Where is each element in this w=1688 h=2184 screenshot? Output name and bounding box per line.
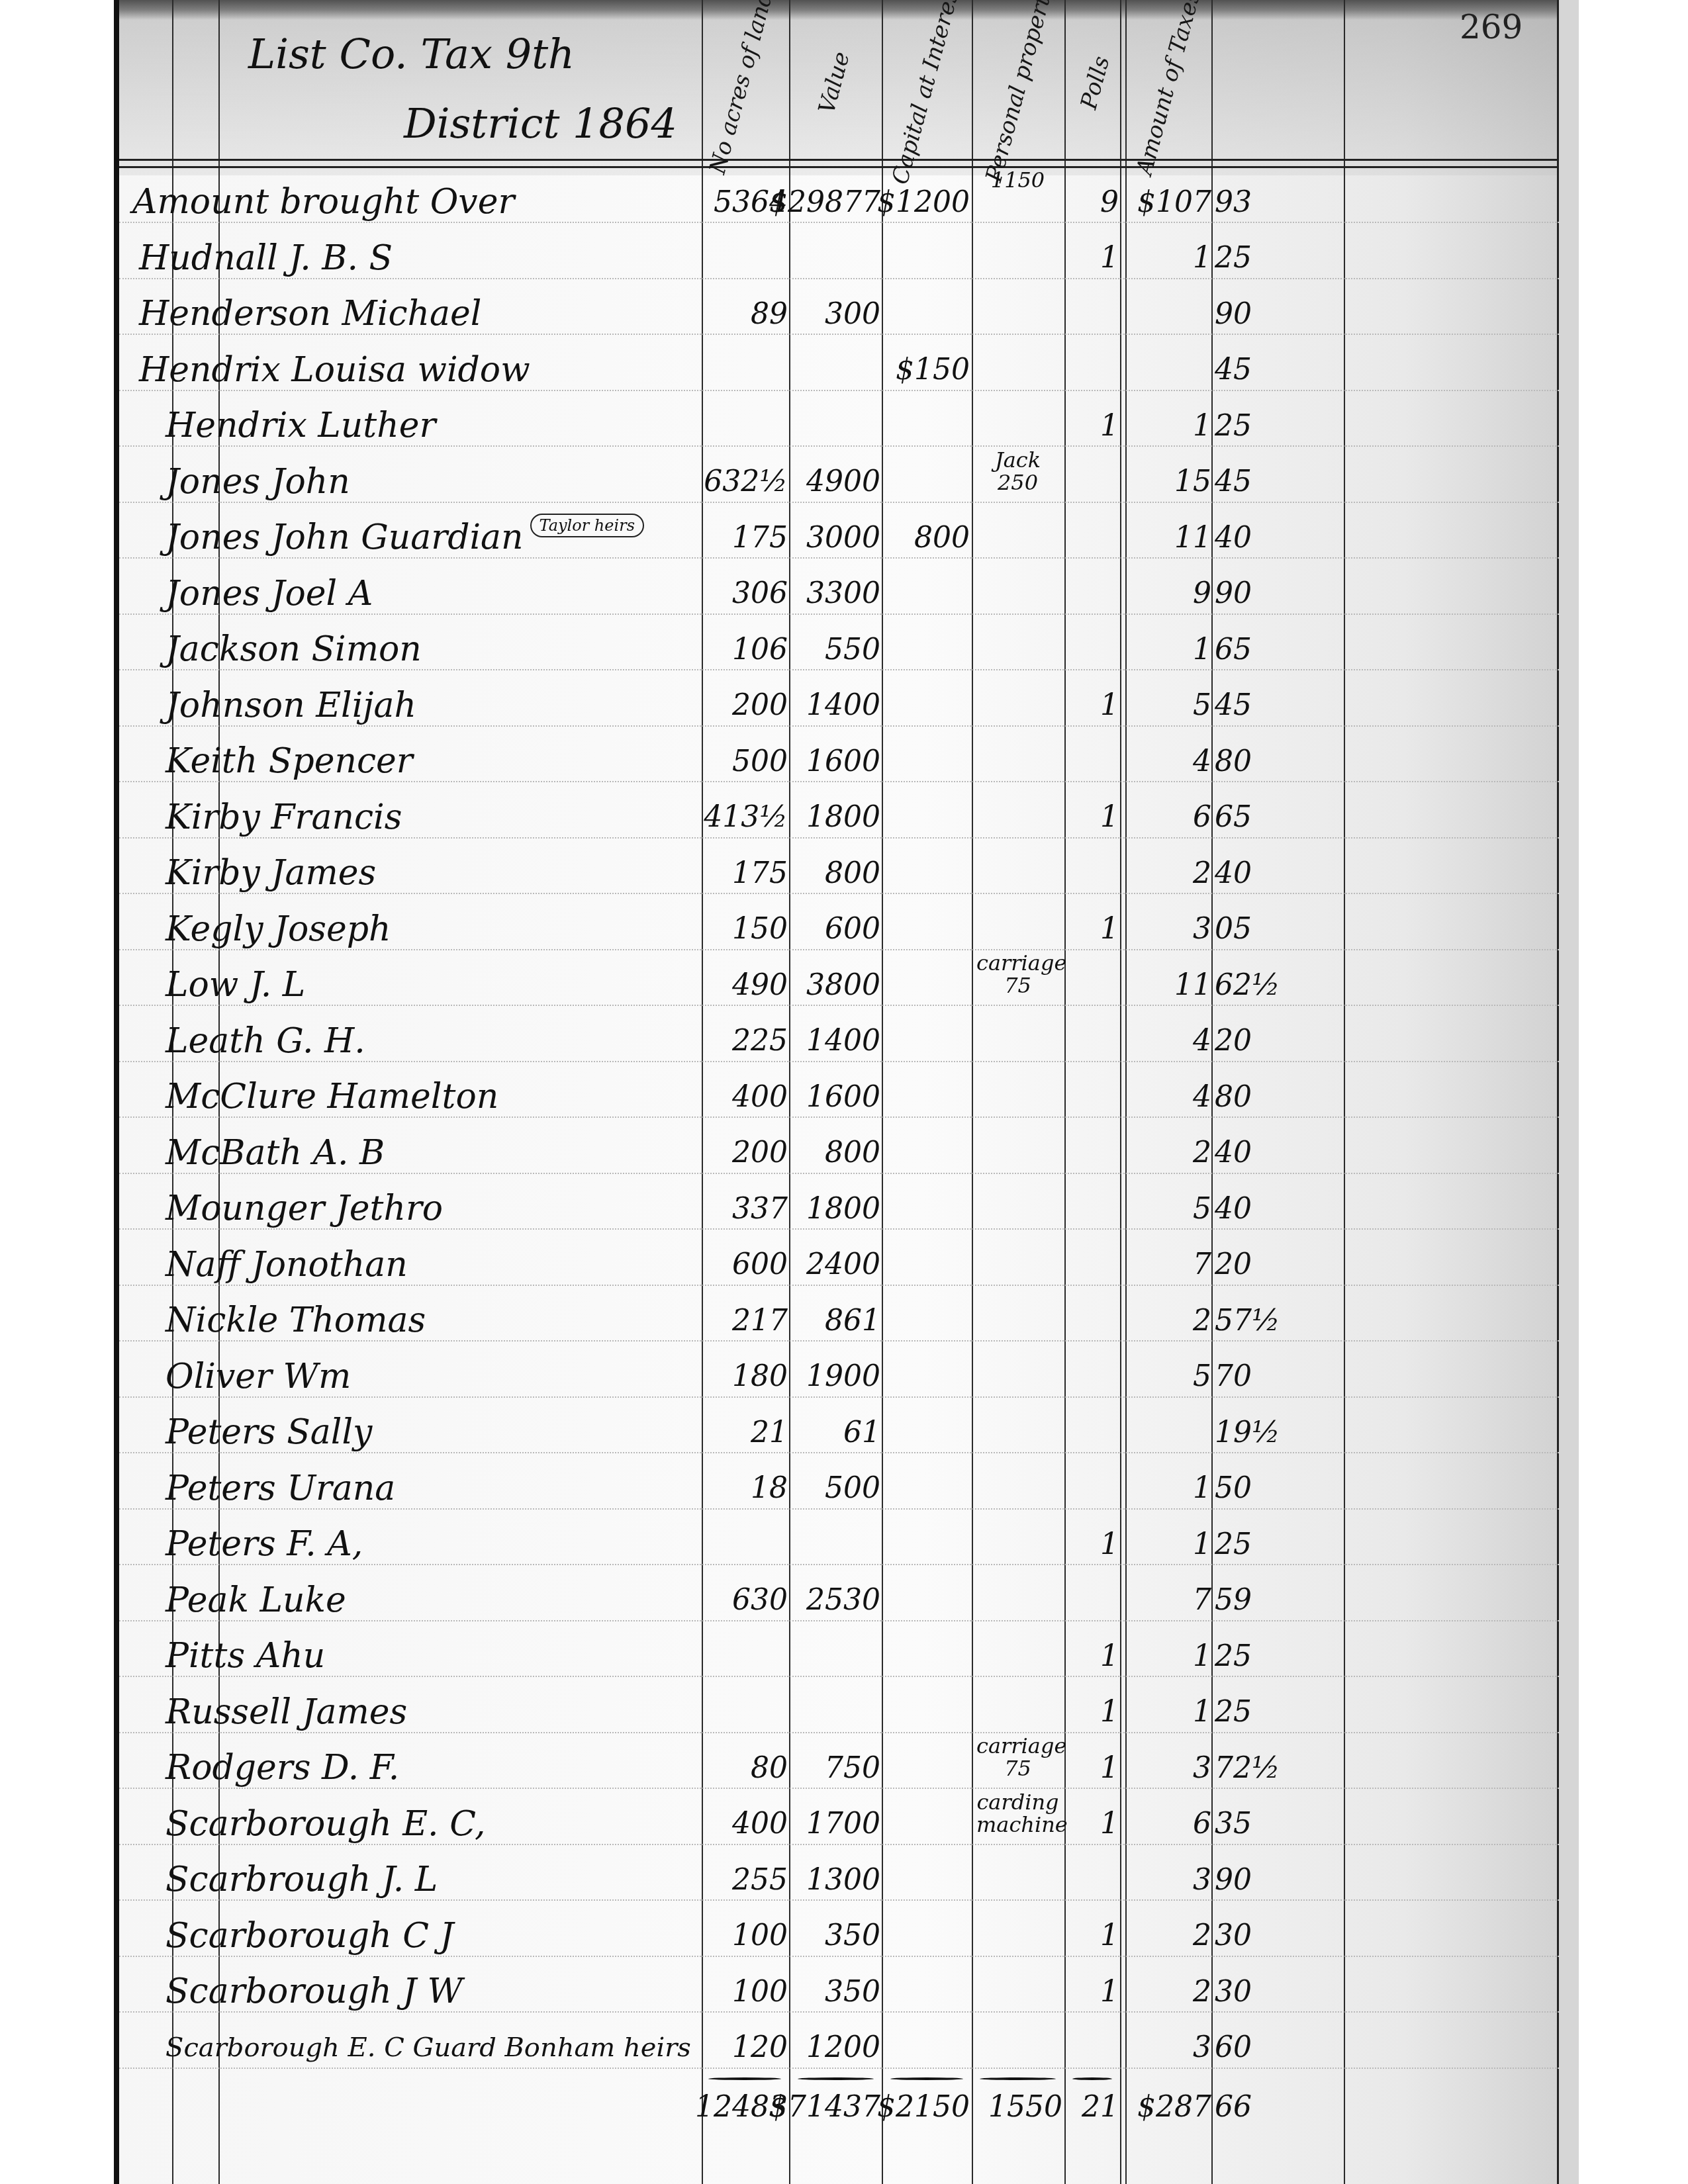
cell-tax-cents: 90 — [1215, 287, 1311, 340]
ledger-row: Johnson Elijah20014001545 — [119, 679, 1559, 732]
ledger-row: Oliver Wm1801900570 — [119, 1350, 1559, 1403]
total-personal: 1550 — [973, 2080, 1062, 2133]
cell-acres: 100 — [702, 1965, 788, 2018]
cell-acres: 80 — [702, 1741, 788, 1794]
cell-value: 861 — [791, 1294, 880, 1347]
taxpayer-name-text: Oliver Wm — [165, 1357, 351, 1396]
taxpayer-name: Peters Urana — [165, 1462, 395, 1515]
taxpayer-name: Scarborough C J — [165, 1909, 453, 1962]
cell-tax-cents: 45 — [1215, 343, 1311, 396]
cell-tax-dollars: 7 — [1125, 1238, 1211, 1291]
ledger-page: List Co. Tax 9th District 1864 269 No ac… — [114, 0, 1579, 2184]
cell-value: 2530 — [791, 1574, 880, 1627]
cell-tax-dollars: 1 — [1125, 623, 1211, 676]
cell-tax-dollars: 1 — [1125, 1686, 1211, 1739]
ledger-row: Scarborough J W1003501230 — [119, 1965, 1559, 2018]
personal-property-note: carriage 75 — [976, 952, 1059, 997]
cell-tax-cents: 90 — [1215, 567, 1311, 620]
ledger-row: Jones John632½4900Jack 2501545 — [119, 455, 1559, 508]
cell-acres: 200 — [702, 1126, 788, 1179]
cell-tax-cents: 45 — [1215, 679, 1311, 732]
taxpayer-name: Scarbrough J. L — [165, 1853, 438, 1906]
ledger-row: Pitts Ahu1125 — [119, 1629, 1559, 1682]
taxpayer-name: Scarborough E. C Guard Bonham heirs — [165, 2021, 691, 2074]
ledger-row: Peters F. A,1125 — [119, 1518, 1559, 1570]
cell-value: 2400 — [791, 1238, 880, 1291]
ledger-row: Scarborough E. C Guard Bonham heirs12012… — [119, 2021, 1559, 2074]
taxpayer-name: Jones John GuardianTaylor heirs — [165, 511, 644, 564]
cell-tax-dollars: 2 — [1125, 1909, 1211, 1962]
cell-tax-cents: 59 — [1215, 1574, 1311, 1627]
cell-tax-cents: 30 — [1215, 1909, 1311, 1962]
personal-property-note: carriage 75 — [976, 1735, 1059, 1780]
column-header-label: Polls — [1077, 54, 1114, 112]
ledger-row: Nickle Thomas217861257½ — [119, 1294, 1559, 1347]
cell-value: 1600 — [791, 735, 880, 788]
taxpayer-name: Johnson Elijah — [165, 679, 416, 732]
cell-tax-dollars: 4 — [1125, 735, 1211, 788]
total-polls: 21 — [1066, 2080, 1119, 2133]
ledger-row: Peak Luke6302530759 — [119, 1574, 1559, 1627]
ledger-row: Hendrix Luther1125 — [119, 399, 1559, 452]
cell-tax-cents: 25 — [1215, 1518, 1311, 1570]
cell-polls: 1 — [1066, 232, 1119, 285]
cell-tax-dollars: 4 — [1125, 1070, 1211, 1123]
cell-value: 1400 — [791, 1015, 880, 1068]
cell-value: 3300 — [791, 567, 880, 620]
cell-tax-dollars: 3 — [1125, 2021, 1211, 2074]
taxpayer-name-text: Hudnall J. B. S — [139, 238, 393, 278]
taxpayer-name-text: McBath A. B — [165, 1133, 385, 1173]
ledger-row: Amount brought Over5364$29877$120011509$… — [119, 175, 1559, 228]
cell-tax-cents: 60 — [1215, 2021, 1311, 2074]
column-header-acres: No acres of land — [718, 13, 765, 152]
taxpayer-name-text: Scarborough J W — [165, 1972, 463, 2011]
cell-acres: 632½ — [702, 455, 788, 508]
taxpayer-name-text: Jones John Guardian — [165, 518, 524, 557]
cell-polls: 1 — [1066, 1518, 1119, 1570]
taxpayer-name: Rodgers D. F. — [165, 1741, 399, 1794]
header-divider — [119, 159, 1559, 168]
cell-tax-cents: 25 — [1215, 1686, 1311, 1739]
cell-acres: 200 — [702, 679, 788, 732]
cell-tax-cents: 25 — [1215, 1629, 1311, 1682]
ledger-row: Scarborough C J1003501230 — [119, 1909, 1559, 1962]
taxpayer-name: McClure Hamelton — [165, 1070, 498, 1123]
ledger-row: Hudnall J. B. S1125 — [119, 232, 1559, 285]
cell-acres: 120 — [702, 2021, 788, 2074]
cell-acres: 180 — [702, 1350, 788, 1403]
cell-tax-dollars: $107 — [1125, 175, 1211, 228]
column-header-label: Value — [814, 50, 853, 116]
cell-tax-dollars: 2 — [1125, 1965, 1211, 2018]
taxpayer-name: Kegly Joseph — [165, 903, 391, 956]
ledger-row: McBath A. B200800240 — [119, 1126, 1559, 1179]
taxpayer-name-text: Hendrix Louisa widow — [139, 350, 530, 390]
cell-tax-dollars: 15 — [1125, 455, 1211, 508]
cell-capital: $1200 — [884, 175, 970, 228]
cell-acres: 255 — [702, 1853, 788, 1906]
cell-acres: 306 — [702, 567, 788, 620]
cell-tax-dollars: 2 — [1125, 846, 1211, 899]
cell-polls: 1 — [1066, 1909, 1119, 1962]
ledger-row: Peters Urana18500150 — [119, 1462, 1559, 1515]
cell-tax-cents: 90 — [1215, 1853, 1311, 1906]
cell-tax-cents: 19½ — [1215, 1406, 1311, 1459]
ledger-row: Naff Jonothan6002400720 — [119, 1238, 1559, 1291]
cell-acres: 400 — [702, 1070, 788, 1123]
ledger-row: Scarborough E. C,4001700carding machine1… — [119, 1797, 1559, 1850]
cell-tax-cents: 45 — [1215, 455, 1311, 508]
cell-tax-cents: 40 — [1215, 1182, 1311, 1235]
total-tax-cents: 66 — [1215, 2080, 1311, 2133]
taxpayer-name-text: Keith Spencer — [165, 741, 413, 781]
ledger-row: Kegly Joseph1506001305 — [119, 903, 1559, 956]
cell-acres: 217 — [702, 1294, 788, 1347]
circled-annotation: Taylor heirs — [530, 514, 644, 537]
cell-tax-dollars: 9 — [1125, 567, 1211, 620]
cell-value: 1900 — [791, 1350, 880, 1403]
ledger-row: Low J. L4903800carriage 751162½ — [119, 958, 1559, 1011]
ledger-row: McClure Hamelton4001600480 — [119, 1070, 1559, 1123]
taxpayer-name-text: Naff Jonothan — [165, 1245, 408, 1285]
taxpayer-name: Jones Joel A — [165, 567, 373, 620]
cell-tax-cents: 62½ — [1215, 958, 1311, 1011]
cell-tax-dollars: 6 — [1125, 1797, 1211, 1850]
cell-value: 800 — [791, 1126, 880, 1179]
taxpayer-name-text: Jackson Simon — [165, 629, 422, 669]
taxpayer-name-text: Peters Urana — [165, 1469, 395, 1508]
taxpayer-name: Henderson Michael — [139, 287, 481, 340]
cell-tax-dollars: 1 — [1125, 1518, 1211, 1570]
cell-acres: 106 — [702, 623, 788, 676]
cell-value: $29877 — [791, 175, 880, 228]
cell-value: 500 — [791, 1462, 880, 1515]
taxpayer-name-text: Scarborough E. C Guard Bonham heirs — [165, 2032, 691, 2063]
ledger-row: Hendrix Louisa widow$15045 — [119, 343, 1559, 396]
cell-tax-cents: 35 — [1215, 1797, 1311, 1850]
taxpayer-name-text: Hendrix Luther — [165, 406, 436, 445]
cell-tax-cents: 65 — [1215, 791, 1311, 844]
taxpayer-name: Peak Luke — [165, 1574, 346, 1627]
taxpayer-name-text: Scarborough E. C, — [165, 1804, 486, 1844]
cell-tax-cents: 40 — [1215, 1126, 1311, 1179]
personal-property-note: 1150 — [976, 169, 1059, 191]
taxpayer-name-text: Jones John — [165, 462, 350, 502]
taxpayer-name-text: Jones Joel A — [165, 574, 373, 614]
cell-tax-cents: 65 — [1215, 623, 1311, 676]
cell-tax-dollars: 5 — [1125, 1350, 1211, 1403]
taxpayer-name: Nickle Thomas — [165, 1294, 426, 1347]
cell-value: 1400 — [791, 679, 880, 732]
cell-acres: 100 — [702, 1909, 788, 1962]
taxpayer-name: Hendrix Luther — [165, 399, 436, 452]
cell-value: 3800 — [791, 958, 880, 1011]
cell-acres: 630 — [702, 1574, 788, 1627]
cell-acres: 175 — [702, 846, 788, 899]
column-header-polls: Polls — [1072, 13, 1119, 152]
personal-property-note: Jack 250 — [976, 449, 1059, 494]
taxpayer-name: Naff Jonothan — [165, 1238, 408, 1291]
cell-tax-dollars: 3 — [1125, 1853, 1211, 1906]
cell-acres: 490 — [702, 958, 788, 1011]
cell-value: 300 — [791, 287, 880, 340]
column-header-personal: Personal property — [996, 13, 1043, 152]
taxpayer-name-text: Low J. L — [165, 965, 305, 1005]
cell-value: 750 — [791, 1741, 880, 1794]
taxpayer-name-text: Leath G. H. — [165, 1021, 365, 1061]
page-number: 269 — [1460, 8, 1523, 46]
taxpayer-name: Keith Spencer — [165, 735, 413, 788]
taxpayer-name: Jones John — [165, 455, 350, 508]
cell-tax-cents: 30 — [1215, 1965, 1311, 2018]
taxpayer-name-text: Nickle Thomas — [165, 1300, 426, 1340]
ledger-row: Keith Spencer5001600480 — [119, 735, 1559, 788]
taxpayer-name-text: Johnson Elijah — [165, 686, 416, 725]
cell-acres: 500 — [702, 735, 788, 788]
cell-tax-dollars: 4 — [1125, 1015, 1211, 1068]
ledger-row: Jones Joel A3063300990 — [119, 567, 1559, 620]
taxpayer-name: Pitts Ahu — [165, 1629, 325, 1682]
cell-value: 1300 — [791, 1853, 880, 1906]
cell-tax-dollars: 3 — [1125, 1741, 1211, 1794]
cell-acres: 21 — [702, 1406, 788, 1459]
taxpayer-name-text: Russell James — [165, 1692, 407, 1732]
taxpayer-name: Mounger Jethro — [165, 1182, 443, 1235]
cell-value: 1600 — [791, 1070, 880, 1123]
cell-tax-dollars: 5 — [1125, 1182, 1211, 1235]
cell-tax-cents: 20 — [1215, 1238, 1311, 1291]
cell-value: 1800 — [791, 791, 880, 844]
cell-value: 61 — [791, 1406, 880, 1459]
taxpayer-name-text: McClure Hamelton — [165, 1077, 498, 1116]
ledger-row: Jones John GuardianTaylor heirs175300080… — [119, 511, 1559, 564]
taxpayer-name: Scarborough E. C, — [165, 1797, 486, 1850]
cell-tax-dollars: 2 — [1125, 1294, 1211, 1347]
cell-acres: 413½ — [702, 791, 788, 844]
cell-acres: 150 — [702, 903, 788, 956]
taxpayer-name-text: Rodgers D. F. — [165, 1748, 399, 1788]
cell-tax-dollars: 3 — [1125, 903, 1211, 956]
cell-acres: 337 — [702, 1182, 788, 1235]
taxpayer-name-text: Mounger Jethro — [165, 1189, 443, 1228]
taxpayer-name: Leath G. H. — [165, 1015, 365, 1068]
taxpayer-name-text: Peters F. A, — [165, 1524, 363, 1564]
cell-capital: 800 — [884, 511, 970, 564]
cell-capital: $150 — [884, 343, 970, 396]
cell-tax-dollars: 11 — [1125, 511, 1211, 564]
cell-value: 350 — [791, 1909, 880, 1962]
taxpayer-name: Hendrix Louisa widow — [139, 343, 530, 396]
taxpayer-name: Russell James — [165, 1686, 407, 1739]
cell-value: 1800 — [791, 1182, 880, 1235]
cell-tax-cents: 25 — [1215, 232, 1311, 285]
ledger-row: Mounger Jethro3371800540 — [119, 1182, 1559, 1235]
ledger-row: Kirby James175800240 — [119, 846, 1559, 899]
ledger-row: Peters Sally216119½ — [119, 1406, 1559, 1459]
total-value: $71437 — [791, 2080, 880, 2133]
taxpayer-name-text: Kirby James — [165, 853, 376, 893]
ledger-row: Leath G. H.2251400420 — [119, 1015, 1559, 1068]
cell-acres: 600 — [702, 1238, 788, 1291]
cell-value: 1700 — [791, 1797, 880, 1850]
ledger-row: Jackson Simon106550165 — [119, 623, 1559, 676]
cell-value: 800 — [791, 846, 880, 899]
taxpayer-name: Scarborough J W — [165, 1965, 463, 2018]
cell-tax-cents: 05 — [1215, 903, 1311, 956]
taxpayer-name: Jackson Simon — [165, 623, 422, 676]
ledger-row: Kirby Francis413½18001665 — [119, 791, 1559, 844]
cell-tax-cents: 80 — [1215, 735, 1311, 788]
ledger-row: Scarbrough J. L2551300390 — [119, 1853, 1559, 1906]
taxpayer-name-text: Scarborough C J — [165, 1916, 453, 1956]
cell-value: 3000 — [791, 511, 880, 564]
cell-polls: 1 — [1066, 1797, 1119, 1850]
taxpayer-name-text: Amount brought Over — [132, 182, 514, 222]
taxpayer-name: Low J. L — [165, 958, 305, 1011]
cell-polls: 1 — [1066, 679, 1119, 732]
taxpayer-name-text: Peters Sally — [165, 1412, 372, 1452]
cell-polls: 9 — [1066, 175, 1119, 228]
cell-tax-cents: 57½ — [1215, 1294, 1311, 1347]
cell-value: 600 — [791, 903, 880, 956]
taxpayer-name-text: Peak Luke — [165, 1580, 346, 1620]
cell-tax-dollars: 1 — [1125, 399, 1211, 452]
cell-tax-dollars: 1 — [1125, 1629, 1211, 1682]
taxpayer-name-text: Kegly Joseph — [165, 909, 391, 949]
cell-acres: 400 — [702, 1797, 788, 1850]
taxpayer-name: Kirby James — [165, 846, 376, 899]
cell-polls: 1 — [1066, 791, 1119, 844]
taxpayer-name: Amount brought Over — [132, 175, 514, 228]
cell-acres: 175 — [702, 511, 788, 564]
cell-tax-dollars: 2 — [1125, 1126, 1211, 1179]
personal-property-note: carding machine — [976, 1791, 1059, 1836]
cell-tax-cents: 40 — [1215, 846, 1311, 899]
taxpayer-name: Kirby Francis — [165, 791, 402, 844]
cell-polls: 1 — [1066, 399, 1119, 452]
cell-tax-cents: 20 — [1215, 1015, 1311, 1068]
cell-tax-cents: 25 — [1215, 399, 1311, 452]
taxpayer-name: McBath A. B — [165, 1126, 385, 1179]
cell-acres: 89 — [702, 287, 788, 340]
ledger-row: Russell James1125 — [119, 1686, 1559, 1739]
cell-tax-dollars: 6 — [1125, 791, 1211, 844]
cell-tax-dollars: 5 — [1125, 679, 1211, 732]
taxpayer-name-text: Scarbrough J. L — [165, 1860, 438, 1899]
cell-value: 4900 — [791, 455, 880, 508]
taxpayer-name: Hudnall J. B. S — [139, 232, 393, 285]
page-edge — [1557, 0, 1579, 2184]
cell-acres: 225 — [702, 1015, 788, 1068]
cell-tax-cents: 80 — [1215, 1070, 1311, 1123]
cell-tax-cents: 70 — [1215, 1350, 1311, 1403]
taxpayer-name: Peters F. A, — [165, 1518, 363, 1570]
taxpayer-name: Peters Sally — [165, 1406, 372, 1459]
cell-tax-dollars: 7 — [1125, 1574, 1211, 1627]
cell-tax-cents: 93 — [1215, 175, 1311, 228]
cell-tax-cents: 72½ — [1215, 1741, 1311, 1794]
cell-polls: 1 — [1066, 1686, 1119, 1739]
total-tax-dollars: $287 — [1125, 2080, 1211, 2133]
column-header-capital: Capital at Interest — [904, 13, 950, 152]
cell-tax-cents: 40 — [1215, 511, 1311, 564]
cell-value: 1200 — [791, 2021, 880, 2074]
cell-tax-cents: 50 — [1215, 1462, 1311, 1515]
taxpayer-name-text: Kirby Francis — [165, 797, 402, 837]
ledger-title-line-1: List Co. Tax 9th — [248, 30, 575, 78]
taxpayer-name: Oliver Wm — [165, 1350, 351, 1403]
cell-value: 550 — [791, 623, 880, 676]
cell-tax-dollars: 1 — [1125, 232, 1211, 285]
cell-tax-dollars: 1 — [1125, 1462, 1211, 1515]
column-header-tax-dollars: Amount of Taxes — [1145, 13, 1192, 152]
cell-polls: 1 — [1066, 903, 1119, 956]
cell-polls: 1 — [1066, 1741, 1119, 1794]
ledger-row: Henderson Michael8930090 — [119, 287, 1559, 340]
ledger-row: Rodgers D. F.80750carriage 751372½ — [119, 1741, 1559, 1794]
taxpayer-name-text: Henderson Michael — [139, 294, 481, 334]
cell-polls: 1 — [1066, 1629, 1119, 1682]
cell-acres: 18 — [702, 1462, 788, 1515]
cell-value: 350 — [791, 1965, 880, 2018]
column-header-value: Value — [811, 13, 857, 152]
ledger-title-line-2: District 1864 — [404, 99, 677, 148]
cell-tax-dollars: 11 — [1125, 958, 1211, 1011]
cell-polls: 1 — [1066, 1965, 1119, 2018]
taxpayer-name-text: Pitts Ahu — [165, 1636, 325, 1676]
total-capital: $2150 — [884, 2080, 970, 2133]
